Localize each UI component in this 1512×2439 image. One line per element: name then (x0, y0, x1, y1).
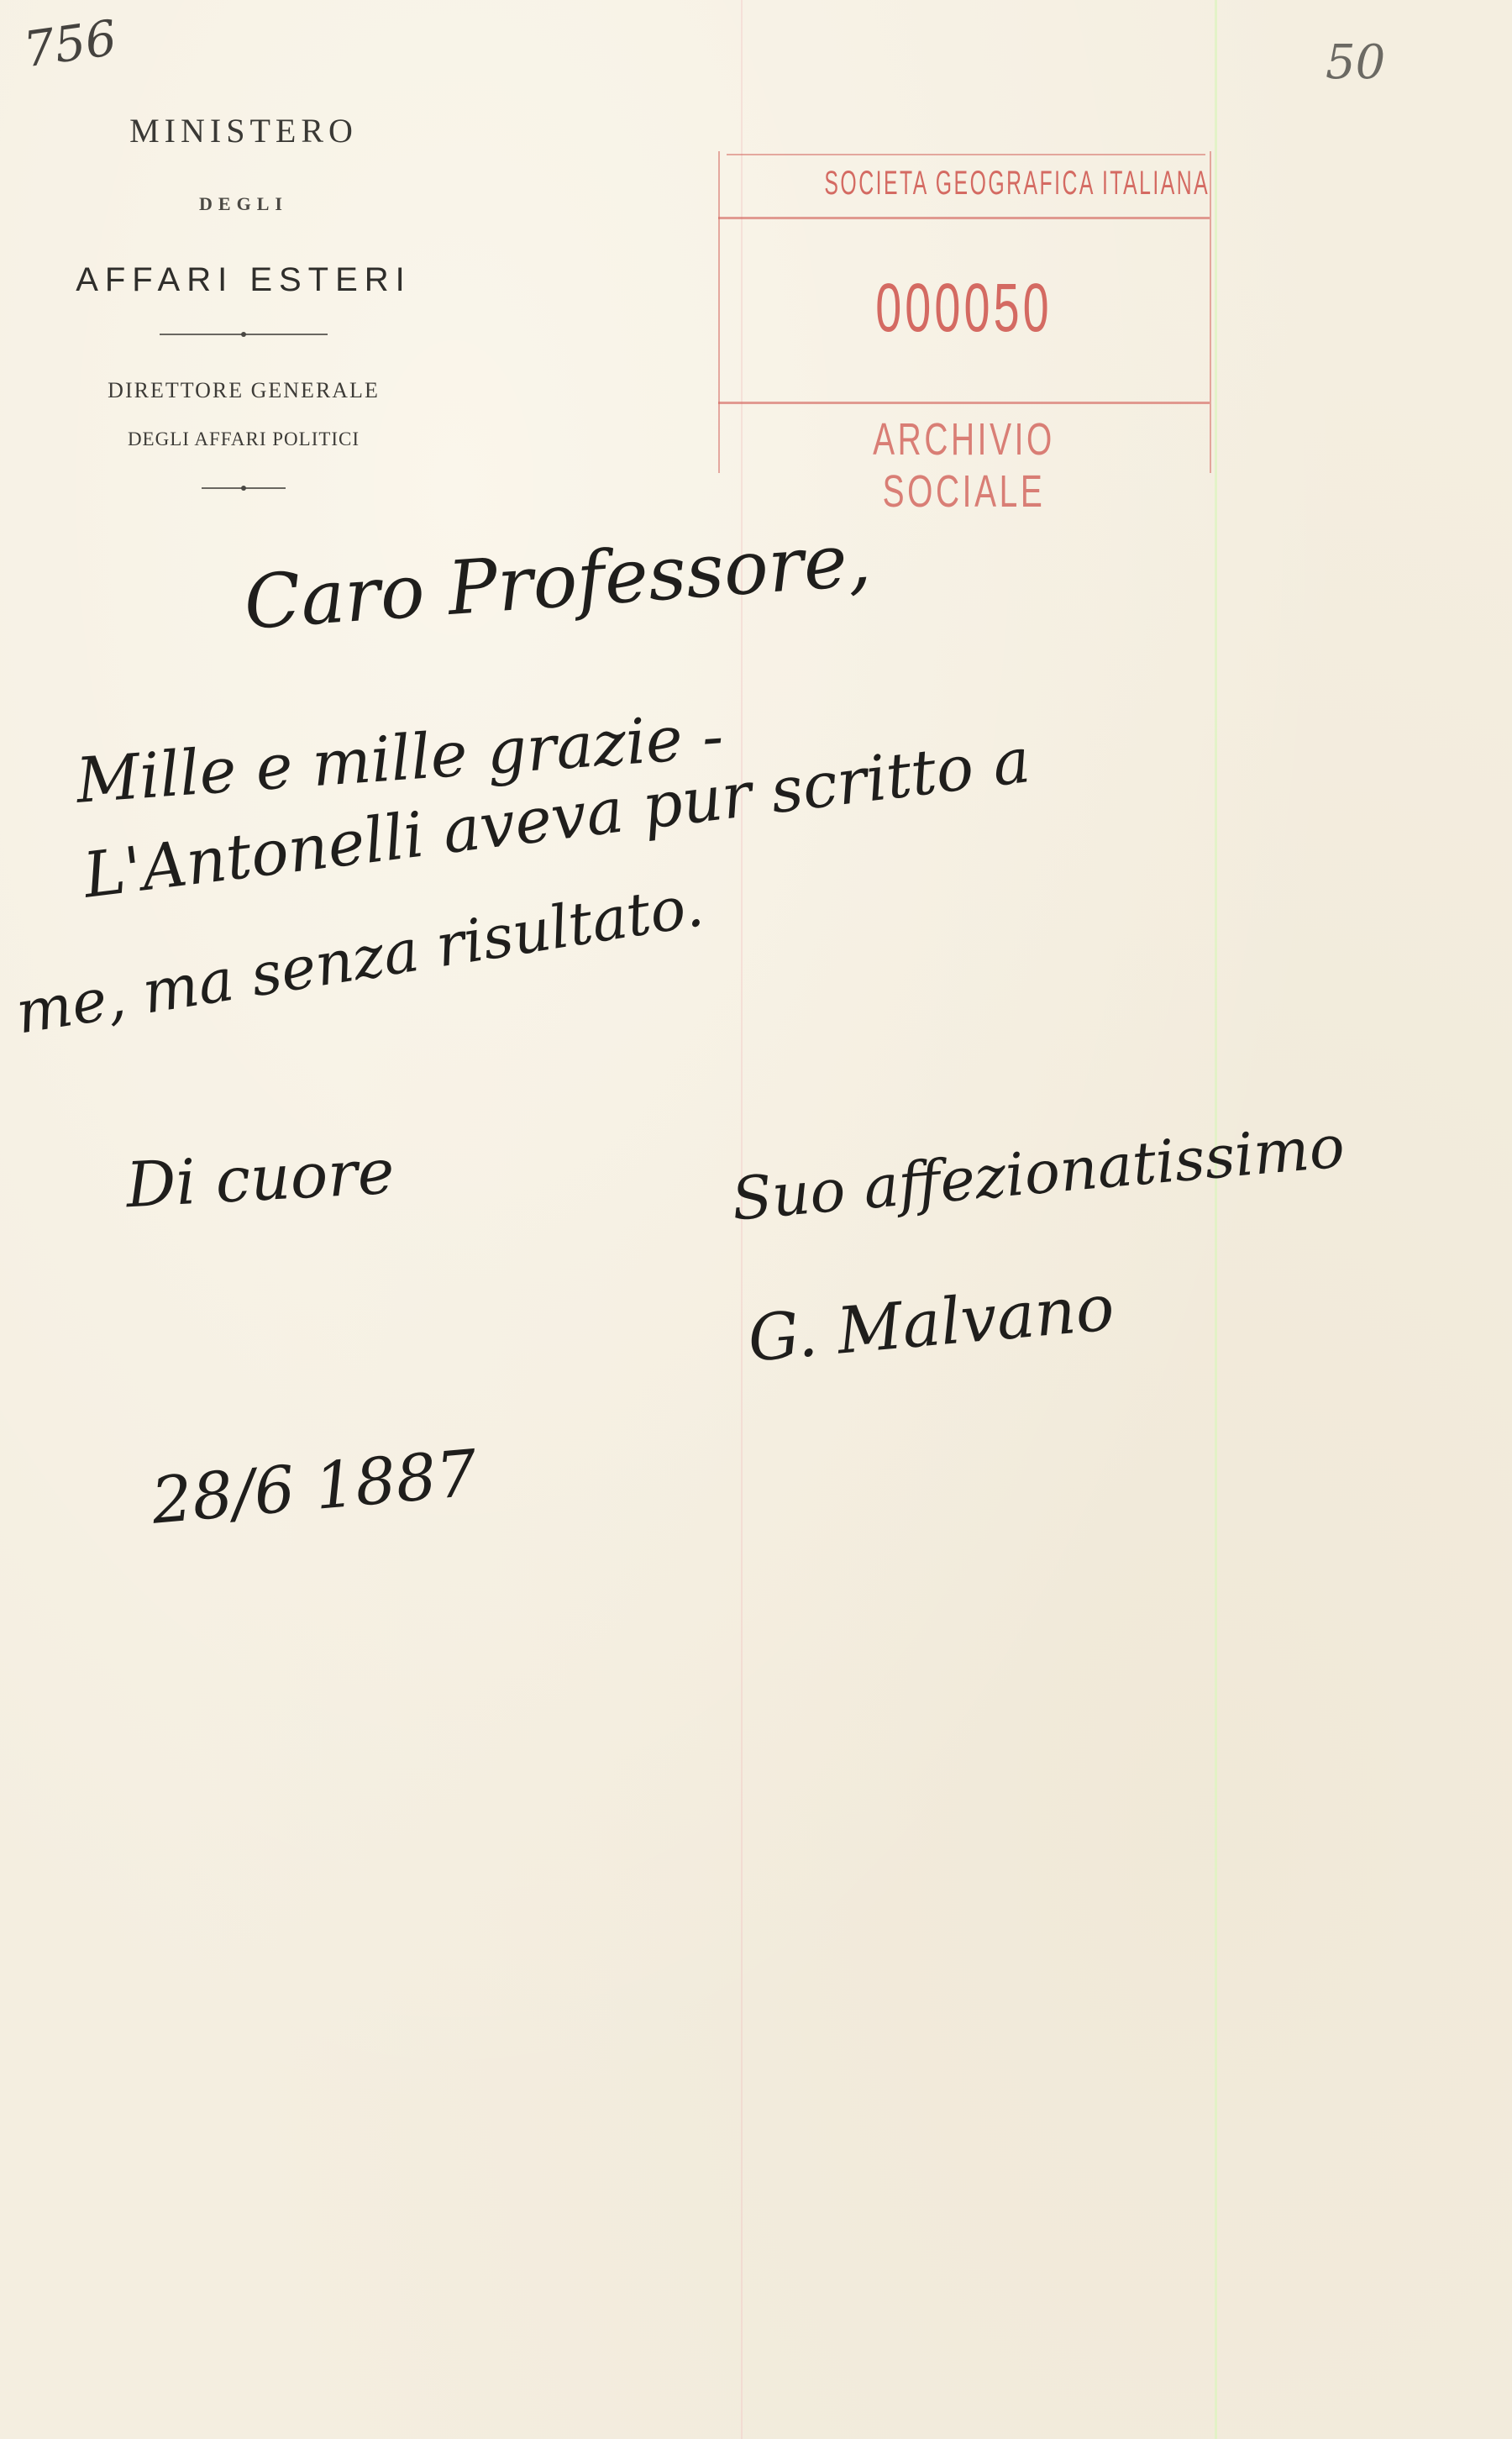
letterhead-ministry: MINISTERO (0, 111, 487, 150)
stamp-society-name: SOCIETA GEOGRAFICA ITALIANA (824, 165, 1116, 202)
stamp-archive-label: ARCHIVIO SOCIALE (787, 413, 1141, 518)
signature: G. Malvano (745, 1269, 1117, 1376)
ornamental-rule (160, 334, 328, 335)
letter-date: 28/6 1887 (149, 1435, 480, 1538)
archive-stamp: SOCIETA GEOGRAFICA ITALIANA 000050 ARCHI… (718, 151, 1210, 475)
stamp-rule (718, 217, 1210, 219)
archive-number-pencil: 756 (20, 9, 120, 79)
letterhead-foreign-affairs: AFFARI ESTERI (0, 261, 487, 299)
letterhead-degli: DEGLI (0, 193, 487, 215)
stamp-number: 000050 (797, 269, 1131, 348)
regards: Suo affezionatissimo (729, 1112, 1347, 1233)
scan-artifact-line (1215, 0, 1217, 2439)
salutation: Caro Professore, (241, 516, 874, 646)
stamp-rule (718, 402, 1210, 404)
rule-dot-icon (241, 332, 246, 337)
letterhead-political-affairs: DEGLI AFFARI POLITICI (0, 428, 487, 450)
closing: Di cuore (124, 1136, 396, 1222)
page-number-pencil: 50 (1326, 35, 1385, 90)
letterhead-director-general: DIRETTORE GENERALE (0, 378, 487, 403)
ornamental-rule (202, 487, 286, 489)
stamp-rule (727, 154, 1205, 155)
rule-dot-icon (241, 486, 246, 491)
